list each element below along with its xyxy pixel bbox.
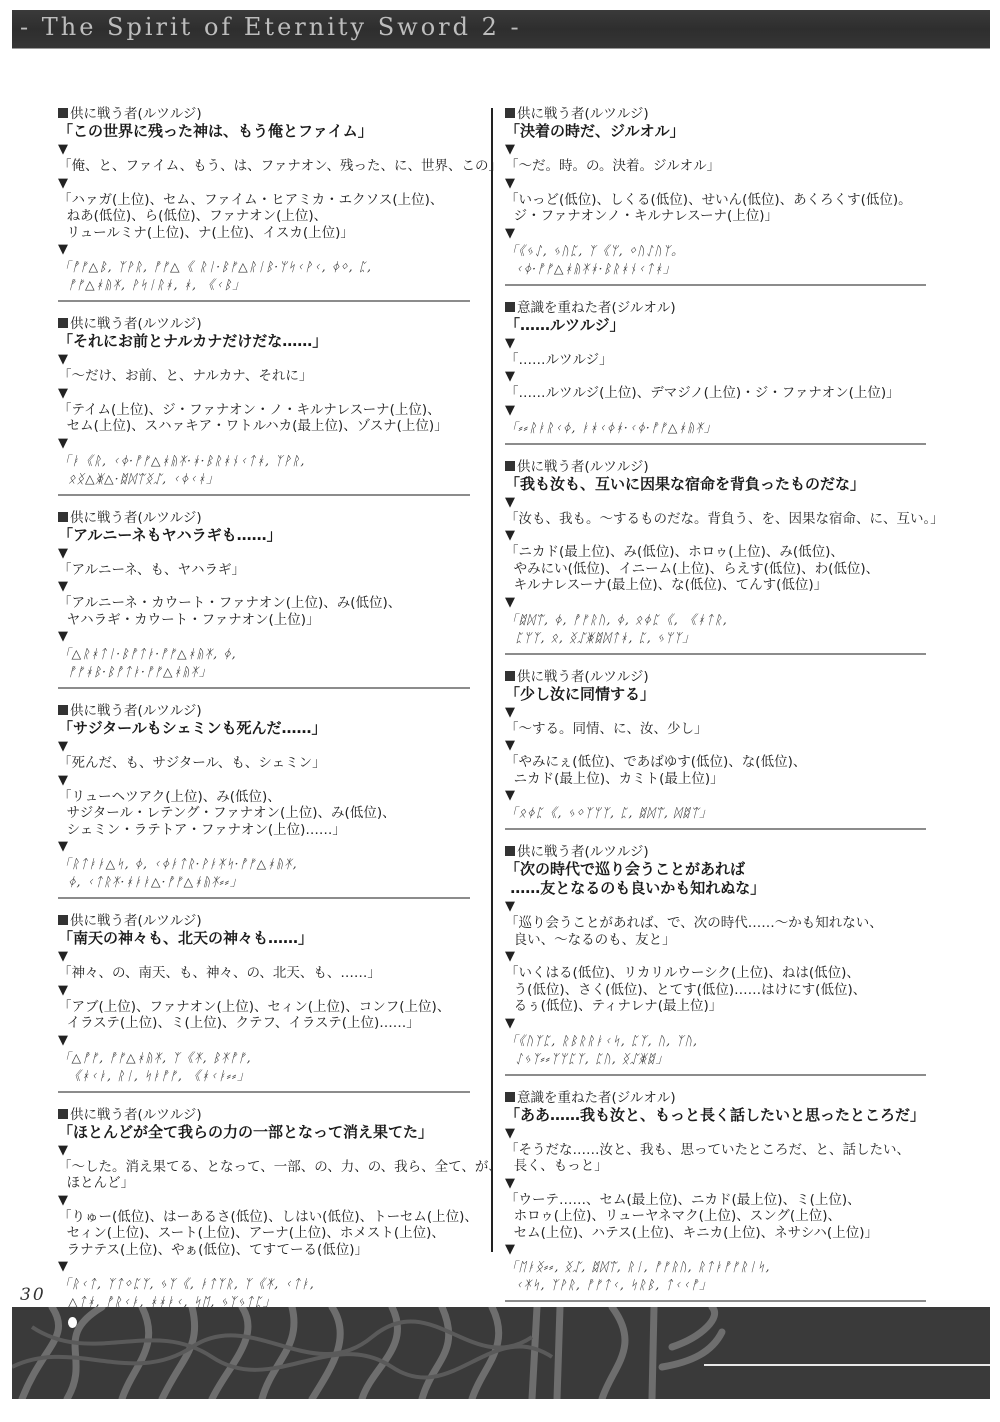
rune-script-line: 「ᛓ《ᚱ, ᚲᛄ·ᚡᚠ△ᚼᚥᛡ·ᚼ·ᛒᚱᚼᚾᚲᛏᚼ, ᛉᚹᚱ, ᛟᛝ△ᛤ△·ᛥᛞ…	[58, 452, 478, 488]
reversed-translation: 「アルニーネ、も、ヤハラギ」	[58, 562, 478, 579]
page-number: 30	[20, 1285, 46, 1305]
header-title: - The Spirit of Eternity Sword 2 -	[20, 13, 522, 41]
divine-names-translation: 「リューヘツアク(上位)、み(低位)、 サジタール・レテング・ファナオン(上位)…	[58, 789, 478, 839]
down-triangle-icon: ▼	[58, 177, 478, 191]
divine-names-translation: 「ニカド(最上位)、み(低位)、ホロゥ(上位)、み(低位)、 やみにい(低位)、…	[505, 544, 935, 594]
dialogue-entry: 意識を重ねた者(ジルオル) 「ああ……我も汝と、もっと長く話したいと思ったところ…	[505, 1090, 935, 1317]
speaker-name: 意識を重ねた者(ジルオル)	[517, 300, 676, 316]
rune-script-line: 「ᛖᛓᛝ⸗⸗, ᛝᛢ, ᛥᛞᛠ, ᚱᛁ, ᚡᚠᚱᚢ, ᚱᛏᛓᚡᚠᚱᛁᛋ, ᚲᛡᛋ…	[505, 1258, 935, 1294]
reversed-translation: 「～だけ、お前、と、ナルカナ、それに」	[58, 368, 478, 385]
speaker-name: 供に戦う者(ルツルジ)	[517, 106, 649, 122]
black-square-icon	[58, 1109, 68, 1119]
rune-script-line: 「△ᚱᚼᛏᛁ·ᛒᚡᛏᛓ·ᚡᚠ△ᚼᚥᛡ, ᛄ, ᚡᚠᚼᛒ·ᛒᚡᛏᛓ·ᚡᚠ△ᚼᚥᛡ」	[58, 645, 478, 681]
down-triangle-icon: ▼	[58, 950, 478, 964]
black-square-icon	[505, 461, 515, 471]
right-column: 供に戦う者(ルツルジ) 「決着の時だ、ジルオル」 ▼ 「～だ。時。の。決着。ジル…	[505, 106, 935, 1316]
speaker-label: 供に戦う者(ルツルジ)	[505, 844, 935, 860]
down-triangle-icon: ▼	[505, 950, 935, 964]
speaker-label: 供に戦う者(ルツルジ)	[58, 316, 478, 332]
divine-names-translation: 「テイム(上位)、ジ・ファナオン・ノ・キルナレスーナ(上位)、 セム(上位)、ス…	[58, 402, 478, 435]
down-triangle-icon: ▼	[505, 1177, 935, 1191]
dialogue-quote: 「ほとんどが全て我らの力の一部となって消え果てた」	[58, 1123, 478, 1142]
entry-separator	[505, 828, 926, 830]
dialogue-quote: 「この世界に残った神は、もう俺とファイム」	[58, 122, 478, 141]
speaker-name: 供に戦う者(ルツルジ)	[517, 459, 649, 475]
speaker-name: 供に戦う者(ルツルジ)	[70, 703, 202, 719]
down-triangle-icon: ▼	[505, 900, 935, 914]
down-triangle-icon: ▼	[58, 984, 478, 998]
rune-script-line: 「《ᛃᛇ, ᛃᚢᛈ, ᛉ《ᛘ, ᛜᚢᛇᚢᛉ。 ᚲᛄ·ᚡᚠ△ᚼᚥᛡᚼ·ᛒᚱᚼᚾᚲᛏ…	[505, 242, 935, 278]
black-square-icon	[505, 108, 515, 118]
down-triangle-icon: ▼	[505, 370, 935, 384]
speaker-name: 供に戦う者(ルツルジ)	[517, 844, 649, 860]
reversed-translation: 「～した。消え果てる、となって、一部、の、力、の、我ら、全て、が、 ほとんど」	[58, 1159, 478, 1192]
dialogue-entry: 供に戦う者(ルツルジ) 「この世界に残った神は、もう俺とファイム」 ▼ 「俺、と…	[58, 106, 478, 316]
rune-script-line: 「ᚡᚠ△ᛒ, ᛉᚹᚱ, ᚡᚠ△《 ᚱᛁ·ᛒᚠ△ᚱᛁᛒ·ᛘᛋᚲᚹᚲ, ᛄᛜ, ᛈ,…	[58, 258, 478, 294]
speaker-name: 供に戦う者(ルツルジ)	[70, 316, 202, 332]
down-triangle-icon: ▼	[58, 437, 478, 451]
speaker-name: 供に戦う者(ルツルジ)	[70, 913, 202, 929]
dialogue-entry: 供に戦う者(ルツルジ) 「ほとんどが全て我らの力の一部となって消え果てた」 ▼ …	[58, 1107, 478, 1334]
down-triangle-icon: ▼	[58, 353, 478, 367]
down-triangle-icon: ▼	[58, 580, 478, 594]
black-square-icon	[58, 318, 68, 328]
rune-script-line: 「ᚱᛏᛓᛓ△ᛋ, ᛄ, ᚲᛄᛓᛏᚱ·ᚹᛓᛡᛋ·ᚡᚠ△ᚼᚥᛡ, ᛄ, ᚲᛏᚱᛡ·ᚼ…	[58, 855, 478, 891]
dialogue-quote: 「それにお前とナルカナだけだな……」	[58, 332, 478, 351]
speaker-label: 供に戦う者(ルツルジ)	[58, 106, 478, 122]
divine-names-translation: 「やみにぇ(低位)、であばゆす(低位)、な(低位)、 ニカド(最上位)、カミト(…	[505, 754, 935, 787]
speaker-name: 供に戦う者(ルツルジ)	[70, 510, 202, 526]
down-triangle-icon: ▼	[505, 529, 935, 543]
entry-separator	[505, 443, 926, 445]
ornamental-pattern-icon	[12, 1307, 732, 1399]
rune-script-line: 「△ᚡᚠ, ᚡᚠ△ᚼᚥᛡ, ᛉ《ᛡ, ᛒᛡᚡᚠ, 《ᚼᚲᛓ, ᚱᛁ, ᛋᛓᚡᚠ,…	[58, 1049, 478, 1085]
divine-names-translation: 「アブ(上位)、ファナオン(上位)、セィン(上位)、コンフ(上位)、 イラステ(…	[58, 999, 478, 1032]
reversed-translation: 「そうだな……汝と、我も、思っていたところだ、と、話したい、 長く、もっと」	[505, 1142, 935, 1175]
rune-script-line: 「ᛥᛞᛠ, ᛄ, ᚡᚠᚱᚢ, ᛄ, ᛟᛄᛈ《, 《ᚼᛏᚱ, ᛈᛘᛉ, ᛟ, ᛝᛢ…	[505, 611, 935, 647]
reversed-translation: 「神々、の、南天、も、神々、の、北天、も、……」	[58, 965, 478, 982]
dialogue-quote: 「ああ……我も汝と、もっと長く話したいと思ったところだ」	[505, 1106, 935, 1125]
down-triangle-icon: ▼	[505, 177, 935, 191]
speaker-label: 供に戦う者(ルツルジ)	[58, 1107, 478, 1123]
entry-separator	[505, 1074, 926, 1076]
down-triangle-icon: ▼	[505, 706, 935, 720]
dialogue-entry: 供に戦う者(ルツルジ) 「我も汝も、互いに因果な宿命を背負ったものだな」 ▼ 「…	[505, 459, 935, 669]
speaker-label: 供に戦う者(ルツルジ)	[58, 703, 478, 719]
down-triangle-icon: ▼	[58, 143, 478, 157]
dialogue-quote: 「……ルツルジ」	[505, 316, 935, 335]
down-triangle-icon: ▼	[505, 739, 935, 753]
dialogue-entry: 供に戦う者(ルツルジ) 「それにお前とナルカナだけだな……」 ▼ 「～だけ、お前…	[58, 316, 478, 510]
dialogue-entry: 供に戦う者(ルツルジ) 「決着の時だ、ジルオル」 ▼ 「～だ。時。の。決着。ジル…	[505, 106, 935, 300]
dialogue-quote: 「サジタールもシェミンも死んだ……」	[58, 719, 478, 738]
column-divider	[491, 108, 493, 1252]
black-square-icon	[58, 512, 68, 522]
down-triangle-icon: ▼	[505, 404, 935, 418]
header-band: - The Spirit of Eternity Sword 2 -	[12, 10, 990, 49]
down-triangle-icon: ▼	[58, 547, 478, 561]
black-square-icon	[58, 915, 68, 925]
down-triangle-icon: ▼	[58, 1144, 478, 1158]
reversed-translation: 「死んだ、も、サジタール、も、シェミン」	[58, 755, 478, 772]
dialogue-quote: 「アルニーネもヤハラギも……」	[58, 526, 478, 545]
rune-script-line: 「⸗⸗ᚱᛓᚱᚲᛄ, ᛓᚼᚲᛄᚼ·ᚲᛄ·ᚡᚠ△ᚼᚥᛡ」	[505, 419, 935, 437]
reversed-translation: 「……ルツルジ」	[505, 352, 935, 369]
down-triangle-icon: ▼	[505, 337, 935, 351]
speaker-label: 意識を重ねた者(ジルオル)	[505, 1090, 935, 1106]
down-triangle-icon: ▼	[505, 789, 935, 803]
entry-separator	[505, 1300, 926, 1302]
entry-separator	[58, 1091, 470, 1093]
dialogue-quote: 「少し汝に同情する」	[505, 685, 935, 704]
rune-script-line: 「ᛟᛄᛈ《, ᛃᛜᛉᛘᛉ, ᛈ, ᛥᛞᛠ, ᛞᛥᛠ」	[505, 804, 935, 822]
black-square-icon	[505, 846, 515, 856]
divine-names-translation: 「いくはる(低位)、リカリルウーシク(上位)、ねは(低位)、 う(低位)、さく(…	[505, 965, 935, 1015]
down-triangle-icon: ▼	[505, 143, 935, 157]
entry-separator	[505, 653, 926, 655]
speaker-label: 供に戦う者(ルツルジ)	[505, 459, 935, 475]
dialogue-entry: 供に戦う者(ルツルジ) 「南天の神々も、北天の神々も……」 ▼ 「神々、の、南天…	[58, 913, 478, 1107]
entry-separator	[58, 300, 470, 302]
divine-names-translation: 「いっど(低位)、しくる(低位)、せいん(低位)、あくろくす(低位)。 ジ・ファ…	[505, 192, 935, 225]
down-triangle-icon: ▼	[58, 1260, 478, 1274]
dialogue-entry: 供に戦う者(ルツルジ) 「少し汝に同情する」 ▼ 「～する。同情、に、汝、少し」…	[505, 669, 935, 845]
down-triangle-icon: ▼	[58, 387, 478, 401]
down-triangle-icon: ▼	[58, 1194, 478, 1208]
reversed-translation: 「俺、と、ファイム、もう、は、ファナオン、残った、に、世界、この」	[58, 158, 478, 175]
black-square-icon	[505, 1092, 515, 1102]
black-square-icon	[505, 671, 515, 681]
black-square-icon	[505, 302, 515, 312]
down-triangle-icon: ▼	[505, 1127, 935, 1141]
speaker-name: 供に戦う者(ルツルジ)	[517, 669, 649, 685]
down-triangle-icon: ▼	[58, 1034, 478, 1048]
down-triangle-icon: ▼	[58, 243, 478, 257]
entry-separator	[58, 494, 470, 496]
reversed-translation: 「巡り会うことがあれば、で、次の時代……～かも知れない、 良い、～なるのも、友と…	[505, 915, 935, 948]
down-triangle-icon: ▼	[58, 740, 478, 754]
divine-names-translation: 「アルニーネ・カウート・ファナオン(上位)、み(低位)、 ヤハラギ・カウート・フ…	[58, 595, 478, 628]
speaker-name: 意識を重ねた者(ジルオル)	[517, 1090, 676, 1106]
dialogue-quote: 「次の時代で巡り会うことがあれば ……友となるのも良いかも知れぬな」	[505, 860, 935, 898]
down-triangle-icon: ▼	[505, 1243, 935, 1257]
dialogue-entry: 供に戦う者(ルツルジ) 「サジタールもシェミンも死んだ……」 ▼ 「死んだ、も、…	[58, 703, 478, 913]
speaker-name: 供に戦う者(ルツルジ)	[70, 1107, 202, 1123]
divine-names-translation: 「りゅー(低位)、はーあるさ(低位)、しはい(低位)、トーセム(上位)、 セィン…	[58, 1209, 478, 1259]
down-triangle-icon: ▼	[505, 227, 935, 241]
down-triangle-icon: ▼	[505, 596, 935, 610]
speaker-label: 意識を重ねた者(ジルオル)	[505, 300, 935, 316]
dialogue-quote: 「南天の神々も、北天の神々も……」	[58, 929, 478, 948]
reversed-translation: 「～する。同情、に、汝、少し」	[505, 721, 935, 738]
black-square-icon	[58, 705, 68, 715]
speaker-label: 供に戦う者(ルツルジ)	[505, 106, 935, 122]
speaker-label: 供に戦う者(ルツルジ)	[505, 669, 935, 685]
down-triangle-icon: ▼	[505, 1017, 935, 1031]
reversed-translation: 「～だ。時。の。決着。ジルオル」	[505, 158, 935, 175]
down-triangle-icon: ▼	[505, 496, 935, 510]
rune-script-line: 「ᚱᚲᛏ, ᛉᛏᛜᛈᛉ, ᛃᛉ《, ᛓᛏᛉᚱ, ᛉ《ᛡ, ᚲᛏᛓ, △ᛏᚼ, ᚡ…	[58, 1275, 478, 1311]
speaker-name: 供に戦う者(ルツルジ)	[70, 106, 202, 122]
black-square-icon	[58, 108, 68, 118]
down-triangle-icon: ▼	[58, 774, 478, 788]
speaker-label: 供に戦う者(ルツルジ)	[58, 913, 478, 929]
footer-rule	[704, 1364, 990, 1366]
entry-separator	[58, 687, 470, 689]
entry-separator	[505, 284, 926, 286]
dialogue-quote: 「我も汝も、互いに因果な宿命を背負ったものだな」	[505, 475, 935, 494]
dialogue-entry: 意識を重ねた者(ジルオル) 「……ルツルジ」 ▼ 「……ルツルジ」 ▼ 「……ル…	[505, 300, 935, 459]
divine-names-translation: 「……ルツルジ(上位)、デマジノ(上位)・ジ・ファナオン(上位)」	[505, 385, 935, 402]
dialogue-entry: 供に戦う者(ルツルジ) 「次の時代で巡り会うことがあれば ……友となるのも良いか…	[505, 844, 935, 1090]
speaker-label: 供に戦う者(ルツルジ)	[58, 510, 478, 526]
footer-decorative-band	[12, 1307, 990, 1399]
footer-dot	[68, 1317, 77, 1328]
down-triangle-icon: ▼	[58, 630, 478, 644]
entry-separator	[58, 897, 470, 899]
dialogue-entry: 供に戦う者(ルツルジ) 「アルニーネもヤハラギも……」 ▼ 「アルニーネ、も、ヤ…	[58, 510, 478, 704]
reversed-translation: 「汝も、我も。～するものだな。背負う、を、因果な宿命、に、互い。」	[505, 511, 935, 528]
divine-names-translation: 「ハァガ(上位)、セム、ファイム・ヒアミカ・エクソス(上位)、 ねあ(低位)、ら…	[58, 192, 478, 242]
left-column: 供に戦う者(ルツルジ) 「この世界に残った神は、もう俺とファイム」 ▼ 「俺、と…	[58, 106, 478, 1333]
down-triangle-icon: ▼	[58, 840, 478, 854]
rune-script-line: 「《ᚢᛉᛈ, ᚱᛒᚱᚱᛓᚲᛋ, ᛈᛉ, ᚢ, ᛉᚢ, ᛇᛃᛉ⸗⸗ᛉᛘᛈᛉ, ᛈᚢ…	[505, 1032, 935, 1068]
divine-names-translation: 「ウーテ……、セム(最上位)、ニカド(最上位)、ミ(上位)、 ホロゥ(上位)、リ…	[505, 1192, 935, 1242]
dialogue-quote: 「決着の時だ、ジルオル」	[505, 122, 935, 141]
